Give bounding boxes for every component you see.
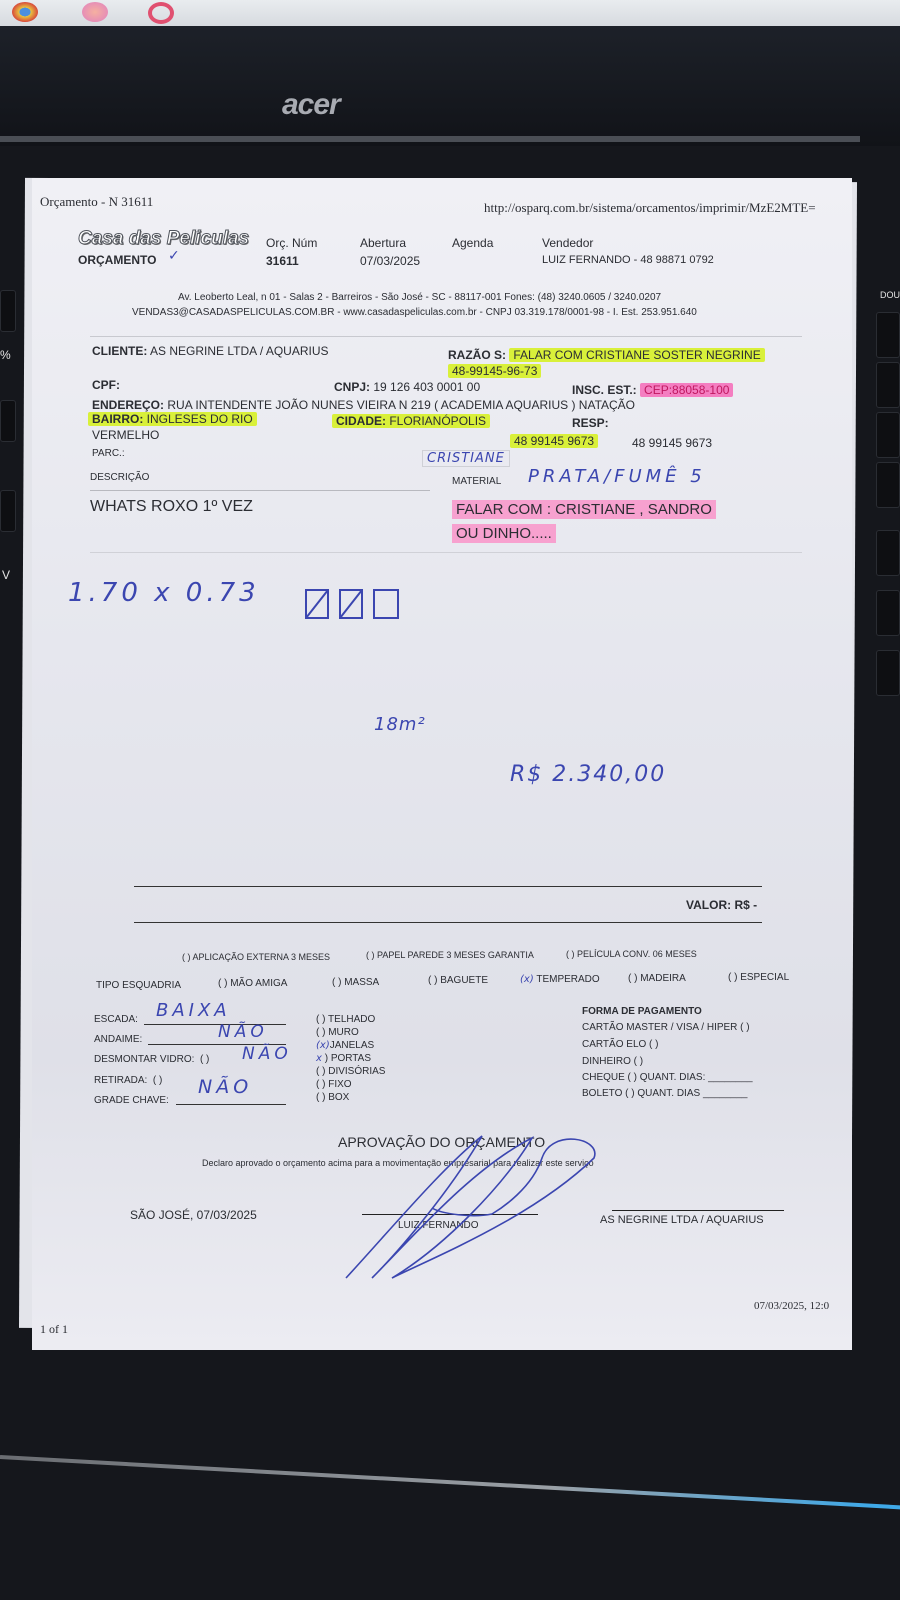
bairro-line2: VERMELHO [92, 428, 159, 442]
grade-chave-label: GRADE CHAVE: [94, 1095, 169, 1106]
page-indicator: 1 of 1 [40, 1322, 68, 1337]
check-mark: ✓ [168, 248, 184, 264]
retirada-label: RETIRADA: ( ) [94, 1075, 162, 1086]
warranty-option[interactable]: ( ) PAPEL PAREDE 3 MESES GARANTIA [366, 950, 534, 960]
payment-option[interactable]: CARTÃO MASTER / VISA / HIPER ( ) [582, 1022, 750, 1033]
payment-option[interactable]: BOLETO ( ) QUANT. DIAS ________ [582, 1088, 747, 1099]
location-option[interactable]: ( ) MURO [316, 1027, 359, 1038]
andaime-value: NÃO [218, 1022, 268, 1042]
razao-phone: 48-99145-96-73 [448, 364, 541, 378]
resp-phone-2: 48 99145 9673 [632, 436, 712, 450]
bairro-field: BAIRRO: INGLESES DO RIO [88, 412, 257, 426]
quote-document: Orçamento - N 31611 http://osparq.com.br… [32, 178, 852, 1350]
cidade-field: CIDADE: FLORIANÓPOLIS [332, 414, 490, 428]
warranty-option[interactable]: ( ) PELÍCULA CONV. 06 MESES [566, 949, 697, 959]
orc-num-value: 31611 [266, 254, 299, 268]
brand-logo: acer [282, 88, 340, 122]
escada-label: ESCADA: [94, 1014, 138, 1025]
warranty-option[interactable]: ( ) APLICAÇÃO EXTERNA 3 MESES [182, 952, 330, 962]
company-address: Av. Leoberto Leal, n 01 - Salas 2 - Barr… [178, 292, 661, 303]
payment-option[interactable]: CARTÃO ELO ( ) [582, 1039, 659, 1050]
handwritten-price: R$ 2.340,00 [510, 762, 666, 787]
doc-type: ORÇAMENTO [78, 253, 156, 267]
monitor-screen-strip [0, 0, 900, 28]
location-option[interactable]: ( ) FIXO [316, 1079, 352, 1090]
signer-client: AS NEGRINE LTDA / AQUARIUS [600, 1214, 764, 1226]
handwritten-area: 18m² [374, 714, 426, 735]
company-contact: VENDAS3@CASADASPELICULAS.COM.BR - www.ca… [132, 307, 697, 318]
desmontar-value: NÃO [242, 1044, 292, 1064]
print-timestamp: 07/03/2025, 12:0 [754, 1300, 829, 1312]
payment-title: FORMA DE PAGAMENTO [582, 1006, 702, 1017]
location-option[interactable]: ( ) DIVISÓRIAS [316, 1066, 385, 1077]
endereco-field: ENDEREÇO: RUA INTENDENTE JOÃO NUNES VIEI… [92, 398, 635, 412]
esquadria-option[interactable]: ( ) MADEIRA [628, 973, 686, 984]
grade-chave-value: NÃO [198, 1076, 252, 1098]
valor-label: VALOR: R$ - [686, 898, 757, 912]
keyboard-right: DOU [870, 290, 900, 740]
cnpj-field: CNPJ: 19 126 403 0001 00 [334, 380, 480, 394]
tipo-esquadria-label: TIPO ESQUADRIA [96, 980, 181, 991]
payment-option[interactable]: DINHEIRO ( ) [582, 1056, 643, 1067]
chrome-icon [12, 2, 38, 22]
vendedor-label: Vendedor [542, 236, 593, 250]
laptop-bezel: acer [0, 26, 900, 146]
esquadria-option[interactable]: ( ) MASSA [332, 977, 379, 988]
location-option-checked[interactable]: (x)JANELAS [316, 1040, 374, 1051]
signature-icon [332, 1128, 612, 1293]
agenda-label: Agenda [452, 236, 493, 250]
vendedor-value: LUIZ FERNANDO - 48 98871 0792 [542, 254, 714, 266]
orc-num-label: Orç. Núm [266, 236, 317, 250]
cpf-label: CPF: [92, 378, 120, 392]
resp-label: RESP: [572, 416, 609, 430]
cliente-field: CLIENTE: AS NEGRINE LTDA / AQUARIUS [92, 344, 329, 358]
location-option[interactable]: ( ) TELHADO [316, 1014, 375, 1025]
location-option-checked[interactable]: x ) PORTAS [316, 1053, 371, 1064]
resp-phone-1: 48 99145 9673 [510, 434, 598, 448]
andaime-label: ANDAIME: [94, 1034, 142, 1045]
material-handwritten: PRATA/FUMÊ 5 [528, 466, 706, 487]
handwritten-measure: 1.70 x 0.73 [68, 578, 260, 608]
razao-field: RAZÃO S: FALAR COM CRISTIANE SOSTER NEGR… [448, 348, 765, 362]
esquadria-option-checked[interactable]: (x) TEMPERADO [520, 974, 600, 985]
location-option[interactable]: ( ) BOX [316, 1092, 349, 1103]
handwritten-resp: CRISTIANE [422, 450, 510, 467]
payment-option[interactable]: CHEQUE ( ) QUANT. DIAS: ________ [582, 1072, 753, 1083]
company-logo: Casa das Peliculas [78, 228, 249, 250]
insc-field: INSC. EST.: CEP:88058-100 [572, 383, 733, 397]
place-date: SÃO JOSÉ, 07/03/2025 [130, 1208, 257, 1222]
bezel-edge [0, 136, 860, 142]
descricao-value: WHATS ROXO 1º VEZ [90, 498, 253, 516]
abertura-value: 07/03/2025 [360, 254, 420, 268]
esquadria-option[interactable]: ( ) ESPECIAL [728, 972, 789, 983]
contact-note-line2: OU DINHO..... [452, 524, 556, 543]
parc-label: PARC.: [92, 448, 125, 459]
print-title: Orçamento - N 31611 [40, 194, 153, 210]
print-url: http://osparq.com.br/sistema/orcamentos/… [484, 200, 816, 216]
window-sketch-icon [304, 586, 414, 627]
abertura-label: Abertura [360, 236, 406, 250]
material-label: MATERIAL [452, 476, 501, 487]
esquadria-option[interactable]: ( ) MÃO AMIGA [218, 978, 287, 989]
app-icon [82, 2, 108, 22]
desmontar-label: DESMONTAR VIDRO: ( ) [94, 1054, 209, 1065]
descricao-label: DESCRIÇÃO [90, 472, 149, 483]
opera-icon [148, 2, 174, 24]
laptop-edge [0, 1455, 900, 1510]
escada-value: BAIXA [156, 1000, 231, 1021]
contact-note-line1: FALAR COM : CRISTIANE , SANDRO [452, 500, 716, 519]
esquadria-option[interactable]: ( ) BAGUETE [428, 975, 488, 986]
